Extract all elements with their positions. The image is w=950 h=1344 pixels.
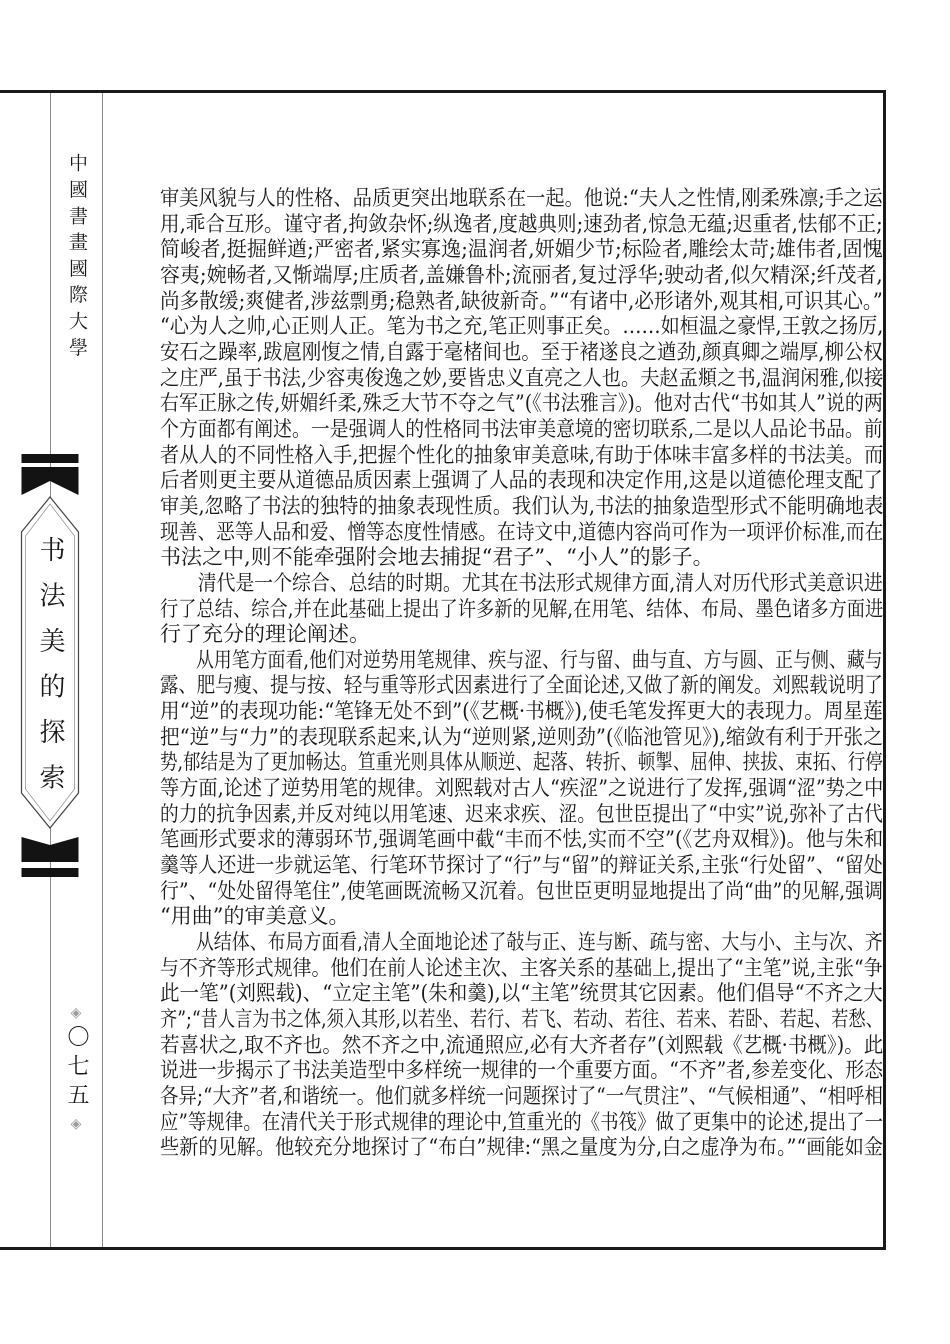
text-line: “心为人之帅,心正则人正。笔为书之充,笔正则事正矣。……如桓温之豪悍,王敦之扬厉…: [160, 314, 883, 340]
text-line: 审美,忽略了书法的独特的抽象表现性质。我们认为,书法的抽象造型形式不能明确地表: [160, 494, 883, 520]
text-line: 说进一步揭示了书法美造型中多样统一规律的一个重要方面。“不齐”者,参差变化、形态: [160, 1058, 883, 1084]
text-line: 用“逆”的表现功能:“笔锋无处不到”(《艺概·书概》),使毛笔发挥更大的表现力。…: [160, 699, 883, 725]
text-line: 从用笔方面看,他们对逆势用笔规律、疾与涩、行与留、曲与直、方与圆、正与侧、藏与: [160, 648, 883, 674]
frame-rule-right: [883, 90, 886, 1250]
paragraph: 审美风貌与人的性格、品质更突出地联系在一起。他说:“夫人之性情,刚柔殊凛;手之运…: [160, 186, 883, 571]
banner-ribbon-top-bar: [22, 454, 79, 463]
text-line: 与不齐等形式规律。他们在前人论述主次、主客关系的基础上,提出了“主笔”说,主张“…: [160, 956, 883, 982]
text-line: 行了充分的理论阐述。: [160, 622, 370, 648]
text-line: “用曲”的审美意义。: [160, 904, 349, 930]
text-line: 等方面,论述了逆势用笔的规律。刘熙载对古人“疾涩”之说进行了发挥,强调“涩”势之…: [160, 776, 883, 802]
margin-line-inner: [102, 93, 103, 1247]
text-line: 的力的抗争因素,并反对纯以用笔速、迟来求疾、涩。包世臣提出了“中实”说,弥补了古…: [160, 802, 883, 828]
page-number-folio: ◈ 〇七五 ◈: [52, 1004, 100, 1133]
text-line: 书法之中,则不能牵强附会地去捕捉“君子”、“小人”的影子。: [160, 545, 714, 571]
text-line: 各异;“大齐”者,和谐统一。他们就多样统一问题探讨了“一气贯注”、“气候相通”、…: [160, 1084, 883, 1110]
text-line: 笔画形式要求的薄弱环节,强调笔画中截“丰而不怯,实而不空”(《艺舟双楫》)。他与…: [160, 827, 883, 853]
banner-ribbon-bottom-bar: [22, 868, 79, 877]
ornament-diamond-top-icon: ◈: [71, 1004, 82, 1022]
text-line: 之庄严,虽于书法,少容夷俊逸之妙,要皆忠义直亮之人也。夫赵孟頫之书,温润闲雅,似…: [160, 366, 883, 392]
page-number: 〇七五: [64, 1025, 88, 1112]
frame-rule-bottom: [0, 1247, 886, 1250]
text-line: 简峻者,挺掘鲜遒;严密者,紧实寡逸;温润者,妍媚少节;标险者,雕绘太苛;雄伟者,…: [160, 237, 883, 263]
text-line: 行”、“处处留得笔住”,使笔画既流畅又沉着。包世臣更明显地提出了尚“曲”的见解,…: [160, 879, 883, 905]
book-title-vertical: 书法美的探索: [36, 536, 64, 809]
text-line: 尚多散缓;爽健者,涉兹剽勇;稳熟者,缺彼新奇。”“有诸中,必形诸外,观其相,可识…: [160, 289, 883, 315]
text-line: 些新的见解。他较充分地探讨了“布白”规律:“黑之量度为分,白之虚净为布。”“画能…: [160, 1135, 883, 1161]
text-line: 势,郁结是为了更加畅达。笪重光则具体从顺逆、起落、转折、顿掣、屈伸、挟拔、束拓、…: [160, 750, 883, 776]
text-line: 安石之躁率,跋扈刚愎之情,自露于毫楮间也。至于褚遂良之遒劲,颜真卿之端厚,柳公权: [160, 340, 883, 366]
text-line: 后者则更主要从道德品质因素上强调了人品的表现和决定作用,这是以道德伦理支配了: [160, 468, 883, 494]
text-line: 右军正脉之传,妍媚纤柔,殊乏大节不夺之气”(《书法雅言》)。他对古代“书如其人”…: [160, 391, 883, 417]
text-line: 齐”;“昔人言为书之体,须入其形,以若坐、若行、若飞、若动、若往、若来、若卧、若…: [160, 1007, 883, 1033]
text-line: 清代是一个综合、总结的时期。尤其在书法形式规律方面,清人对历代形式美意识进: [160, 571, 883, 597]
text-line: 容夷;婉畅者,又惭端厚;庄质者,盖嫌鲁朴;流丽者,复过浮华;驶动者,似欠精深;纤…: [160, 263, 883, 289]
frame-rule-top: [0, 90, 886, 93]
paragraph: 从结体、布局方面看,清人全面地论述了敧与正、连与断、疏与密、大与小、主与次、齐与…: [160, 930, 883, 1161]
text-line: 者从人的不同性格入手,把握个性化的抽象审美意味,有助于体味丰富多样的书法美。而: [160, 443, 883, 469]
text-line: 用,乖合互形。谨守者,拘敛杂怀;纵逸者,度越典则;速劲者,惊急无蕴;迟重者,怯郁…: [160, 212, 883, 238]
paragraph: 从用笔方面看,他们对逆势用笔规律、疾与涩、行与留、曲与直、方与圆、正与侧、藏与露…: [160, 648, 883, 930]
text-line: 审美风貌与人的性格、品质更突出地联系在一起。他说:“夫人之性情,刚柔殊凛;手之运: [160, 186, 883, 212]
text-line: 从结体、布局方面看,清人全面地论述了敧与正、连与断、疏与密、大与小、主与次、齐: [160, 930, 883, 956]
banner-ribbon-top-chevron: [22, 467, 79, 495]
text-line: 露、肥与瘦、提与按、轻与重等形式因素进行了全面论述,又做了新的阐发。刘熙载说明了: [160, 673, 883, 699]
text-line: 现善、恶等人品和爱、憎等态度性情感。在诗文中,道德内容尚可作为一项评价标准,而在: [160, 520, 883, 546]
text-line: 个方面都有阐述。一是强调人的性格同书法审美意境的密切联系,二是以人品论书品。前: [160, 417, 883, 443]
paragraph: 清代是一个综合、总结的时期。尤其在书法形式规律方面,清人对历代形式美意识进行了总…: [160, 571, 883, 648]
main-text-block: 审美风貌与人的性格、品质更突出地联系在一起。他说:“夫人之性情,刚柔殊凛;手之运…: [160, 186, 883, 1161]
university-vertical-title: 中國書畫國際大學: [66, 153, 88, 363]
text-line: 此一笔”(刘熙载)、“立定主笔”(朱和羹),以“主笔”统贯其它因素。他们倡导“不…: [160, 981, 883, 1007]
text-line: 应”等规律。在清代关于形式规律的理论中,笪重光的《书筏》做了更集中的论述,提出了…: [160, 1110, 883, 1136]
ornament-diamond-bottom-icon: ◈: [71, 1115, 82, 1133]
text-line: 把“逆”与“力”的表现联系起来,认为“逆则紧,逆则劲”(《临池管见》),缩敛有利…: [160, 725, 883, 751]
text-line: 羹等人还进一步就运笔、行笔环节探讨了“行”与“留”的辩证关系,主张“行处留”、“…: [160, 853, 883, 879]
text-line: 若喜状之,取不齐也。然不齐之中,流通照应,必有大齐者存”(刘熙载《艺概·书概》)…: [160, 1033, 883, 1059]
text-line: 行了总结、综合,并在此基础上提出了许多新的见解,在用笔、结体、布局、墨色诸多方面…: [160, 597, 883, 623]
banner-ribbon-bottom-chevron: [22, 837, 79, 862]
